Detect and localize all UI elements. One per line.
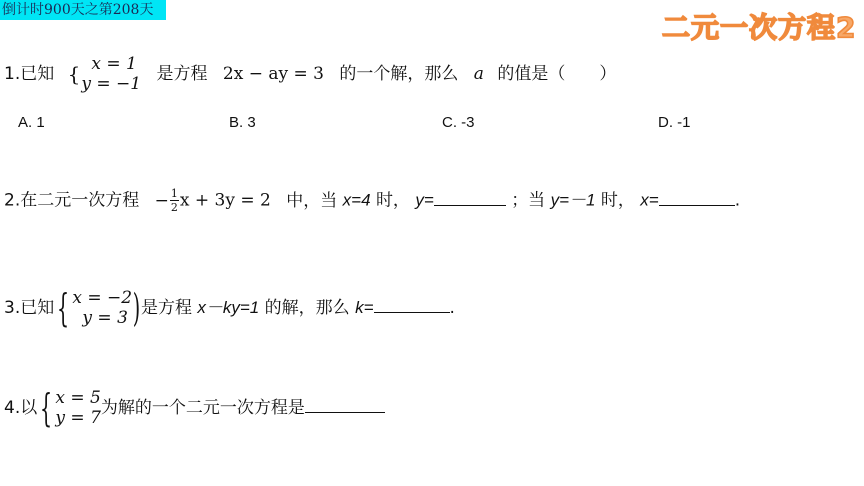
q2-ask1: y= [415, 191, 433, 210]
q2-minus: − [155, 191, 169, 211]
q3-after: 的解，那么 [265, 298, 350, 318]
q1-option-a[interactable]: A. 1 [18, 114, 45, 131]
q2-part2: 时， [376, 191, 410, 211]
page-title: 二元一次方程2 [662, 10, 856, 46]
q1-var: a [474, 64, 484, 84]
q1-equation: 2x − ay = 3 [223, 64, 324, 84]
countdown-banner: 倒计时900天之第208天 [0, 0, 166, 20]
q1-system-line2: y = −1 [81, 74, 141, 94]
q2-cond1: x=4 [343, 191, 371, 210]
q4-answer-blank[interactable] [305, 396, 385, 413]
q3-answer-blank[interactable] [374, 296, 450, 313]
q3-system: { x = −2 y = 3 ) [54, 288, 141, 328]
q1-end: 的值是（ ） [497, 64, 616, 84]
q2-equation: x + 3y = 2 [180, 191, 271, 211]
q1-option-b[interactable]: B. 3 [229, 114, 256, 131]
q2-answer-blank-1[interactable] [434, 189, 506, 206]
q3-end: . [450, 298, 455, 318]
q1-option-d[interactable]: D. -1 [658, 114, 691, 131]
q2-ask2: x= [640, 191, 658, 210]
q1-prefix: 1.已知 [4, 64, 54, 84]
q4-system: { x = 5 y = 7 [37, 388, 101, 428]
q3-system-line2: y = 3 [72, 308, 132, 328]
question-3: 3.已知 { x = −2 y = 3 ) 是方程 x－ky=1 的解，那么 k… [4, 288, 455, 328]
q2-cond2: y=－1 [551, 191, 596, 210]
q4-system-line2: y = 7 [55, 408, 100, 428]
question-1: 1.已知 { x = 1 y = −1 是方程 2x − ay = 3 的一个解… [4, 54, 616, 94]
q3-ask: k= [355, 298, 373, 317]
q1-system-line1: x = 1 [81, 54, 141, 74]
q3-prefix: 3.已知 [4, 298, 54, 318]
q2-sep: ；当 [511, 191, 545, 211]
q4-system-line1: x = 5 [55, 388, 100, 408]
q1-after: 的一个解，那么 [339, 64, 458, 84]
q4-rest: 为解的一个二元一次方程是 [101, 398, 305, 418]
q2-end: . [735, 191, 740, 211]
q2-part1: 中，当 [286, 191, 337, 211]
question-4: 4.以 { x = 5 y = 7 为解的一个二元一次方程是 [4, 388, 385, 428]
q3-system-line1: x = −2 [72, 288, 132, 308]
q3-equation: x－ky=1 [197, 298, 259, 317]
q2-prefix: 2.在二元一次方程 [4, 191, 139, 211]
q1-system: { x = 1 y = −1 [68, 54, 141, 94]
q2-part3: 时， [601, 191, 635, 211]
q2-answer-blank-2[interactable] [659, 189, 735, 206]
q1-option-c[interactable]: C. -3 [442, 114, 475, 131]
q3-mid: 是方程 [141, 298, 192, 318]
question-2: 2.在二元一次方程 −12x + 3y = 2 中，当 x=4 时， y= ；当… [4, 188, 740, 213]
q1-mid: 是方程 [157, 64, 208, 84]
q4-prefix: 4.以 [4, 398, 37, 418]
q2-fraction: 12 [170, 188, 179, 213]
